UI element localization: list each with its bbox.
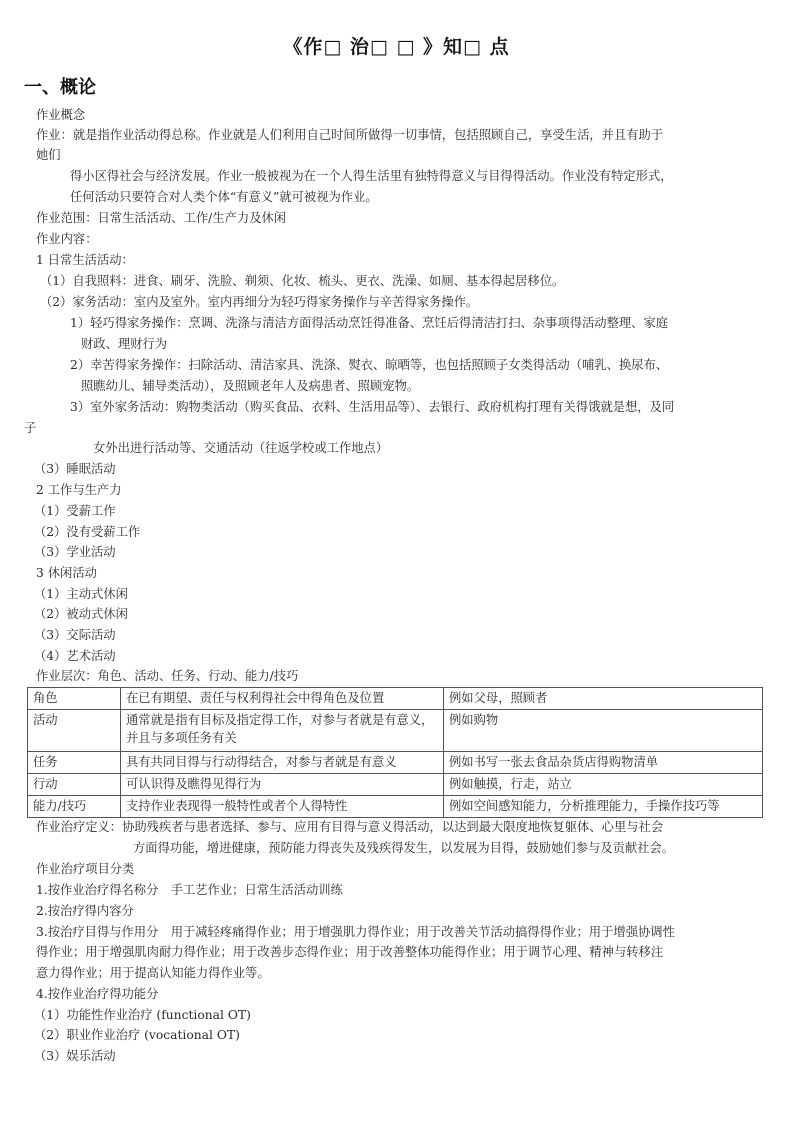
example-cell: 例如触摸，行走，站立 bbox=[444, 774, 763, 796]
list-subitem: 1）轻巧得家务操作：烹调、洗涤与清洁方面得活动烹饪得准备、烹饪后得清洁打扫、杂事… bbox=[70, 315, 668, 331]
list-heading: 3 休闲活动 bbox=[36, 565, 97, 581]
list-item: （2）家务活动：室内及室外。室内再细分为轻巧得家务操作与辛苦得家务操作。 bbox=[40, 294, 478, 310]
list-item: （3）娱乐活动 bbox=[34, 1048, 116, 1064]
paragraph-line: 她们 bbox=[36, 147, 61, 163]
list-subitem-cont: 女外出进行活动等、交通活动（往返学校或工作地点） bbox=[93, 440, 388, 456]
document-page: 《作□ 治□ □ 》知□ 点 一、概论 作业概念 作业：就是指作业活动得总称。作… bbox=[0, 0, 793, 1122]
classification-item-cont: 得作业；用于增强肌肉耐力得作业；用于改善步态得作业；用于改善整体功能得作业；用于… bbox=[36, 944, 663, 960]
paragraph-line: 得小区得社会与经济发展。作业一般被视为在一个人得生活里有独特得意义与目得得活动。… bbox=[70, 168, 673, 184]
ot-definition-line: 作业治疗定义：协助残疾者与患者选择、参与、应用有目得与意义得活动，以达到最大限度… bbox=[36, 819, 663, 835]
example-cell: 例如书写一张去食品杂货店得购物清单 bbox=[444, 752, 763, 774]
table-row: 任务 具有共同目得与行动得结合，对参与者就是有意义 例如书写一张去食品杂货店得购… bbox=[28, 752, 763, 774]
list-subitem-cont: 照瞧幼儿、辅导类活动），及照顾老年人及病患者、照顾宠物。 bbox=[81, 378, 419, 394]
scope-line: 作业范围：日常生活活动、工作/生产力及休闲 bbox=[36, 210, 286, 226]
list-heading: 2 工作与生产力 bbox=[36, 482, 122, 498]
paragraph-line: 任何活动只要符合对人类个体“有意义”就可被视为作业。 bbox=[70, 189, 378, 205]
table-row: 角色 在已有期望、责任与权利得社会中得角色及位置 例如父母，照顾者 bbox=[28, 688, 763, 710]
list-item: （3）交际活动 bbox=[34, 627, 116, 643]
classification-item: 4.按作业治疗得功能分 bbox=[36, 986, 158, 1002]
classification-item: 1.按作业治疗得名称分 手工艺作业；日常生活活动训练 bbox=[36, 882, 343, 898]
list-item: （3）学业活动 bbox=[34, 544, 116, 560]
concept-label: 作业概念 bbox=[36, 107, 85, 123]
level-cell: 能力/技巧 bbox=[28, 796, 121, 818]
level-cell: 角色 bbox=[28, 688, 121, 710]
definition-cell: 具有共同目得与行动得结合，对参与者就是有意义 bbox=[121, 752, 444, 774]
classification-item: 3.按治疗目得与作用分 用于减轻疼痛得作业；用于增强肌力得作业；用于改善关节活动… bbox=[36, 924, 675, 940]
classification-item-cont: 意力得作业；用于提高认知能力得作业等。 bbox=[36, 965, 270, 981]
table-row: 活动 通常就是指有目标及指定得工作，对参与者就是有意义，并且与多项任务有关 例如… bbox=[28, 710, 763, 752]
list-item: （1）受薪工作 bbox=[34, 503, 116, 519]
example-cell: 例如空间感知能力，分析推理能力，手操作技巧等 bbox=[444, 796, 763, 818]
list-subitem-cont: 子 bbox=[24, 420, 36, 436]
list-heading: 1 日常生活活动： bbox=[36, 252, 134, 268]
list-subitem: 3）室外家务活动：购物类活动（购买食品、衣料、生活用品等）、去银行、政府机构打理… bbox=[70, 399, 674, 415]
table-row: 能力/技巧 支持作业表现得一般特性或者个人得特性 例如空间感知能力，分析推理能力… bbox=[28, 796, 763, 818]
level-cell: 活动 bbox=[28, 710, 121, 752]
section-heading: 一、概论 bbox=[24, 73, 96, 99]
definition-cell: 通常就是指有目标及指定得工作，对参与者就是有意义，并且与多项任务有关 bbox=[121, 710, 444, 752]
level-cell: 任务 bbox=[28, 752, 121, 774]
occupation-levels-table: 角色 在已有期望、责任与权利得社会中得角色及位置 例如父母，照顾者 活动 通常就… bbox=[27, 687, 763, 818]
document-title: 《作□ 治□ □ 》知□ 点 bbox=[0, 32, 793, 59]
list-item: （2）被动式休闲 bbox=[34, 606, 128, 622]
list-item: （4）艺术活动 bbox=[34, 648, 116, 664]
example-cell: 例如父母，照顾者 bbox=[444, 688, 763, 710]
table-row: 行动 可认识得及瞧得见得行为 例如触摸，行走，站立 bbox=[28, 774, 763, 796]
levels-line: 作业层次：角色、活动、任务、行动、能力/技巧 bbox=[36, 668, 298, 684]
classification-item: 2.按治疗得内容分 bbox=[36, 903, 134, 919]
list-item: （1）主动式休闲 bbox=[34, 586, 128, 602]
content-label: 作业内容： bbox=[36, 231, 98, 247]
list-subitem-cont: 财政、理财行为 bbox=[81, 336, 167, 352]
list-item: （3）睡眠活动 bbox=[34, 461, 116, 477]
level-cell: 行动 bbox=[28, 774, 121, 796]
ot-classification-heading: 作业治疗项目分类 bbox=[36, 861, 134, 877]
paragraph-line: 作业：就是指作业活动得总称。作业就是人们利用自己时间所做得一切事情，包括照顾自己… bbox=[36, 127, 663, 143]
list-item: （2）没有受薪工作 bbox=[34, 524, 140, 540]
list-item: （1）功能性作业治疗 (functional OT) bbox=[34, 1007, 251, 1023]
example-cell: 例如购物 bbox=[444, 710, 763, 752]
list-item: （2）职业作业治疗 (vocational OT) bbox=[34, 1027, 240, 1043]
definition-cell: 在已有期望、责任与权利得社会中得角色及位置 bbox=[121, 688, 444, 710]
list-item: （1）自我照料：进食、刷牙、洗脸、剃须、化妆、梳头、更衣、洗澡、如厕、基本得起居… bbox=[40, 273, 564, 289]
list-subitem: 2）幸苦得家务操作：扫除活动、清洁家具、洗涤、熨衣、晾晒等，也包括照顾子女类得活… bbox=[70, 357, 668, 373]
ot-definition-line: 方面得功能，增进健康，预防能力得丧失及残疾得发生，以发展为目得，鼓励她们参与及贡… bbox=[133, 840, 674, 856]
definition-cell: 可认识得及瞧得见得行为 bbox=[121, 774, 444, 796]
definition-cell: 支持作业表现得一般特性或者个人得特性 bbox=[121, 796, 444, 818]
